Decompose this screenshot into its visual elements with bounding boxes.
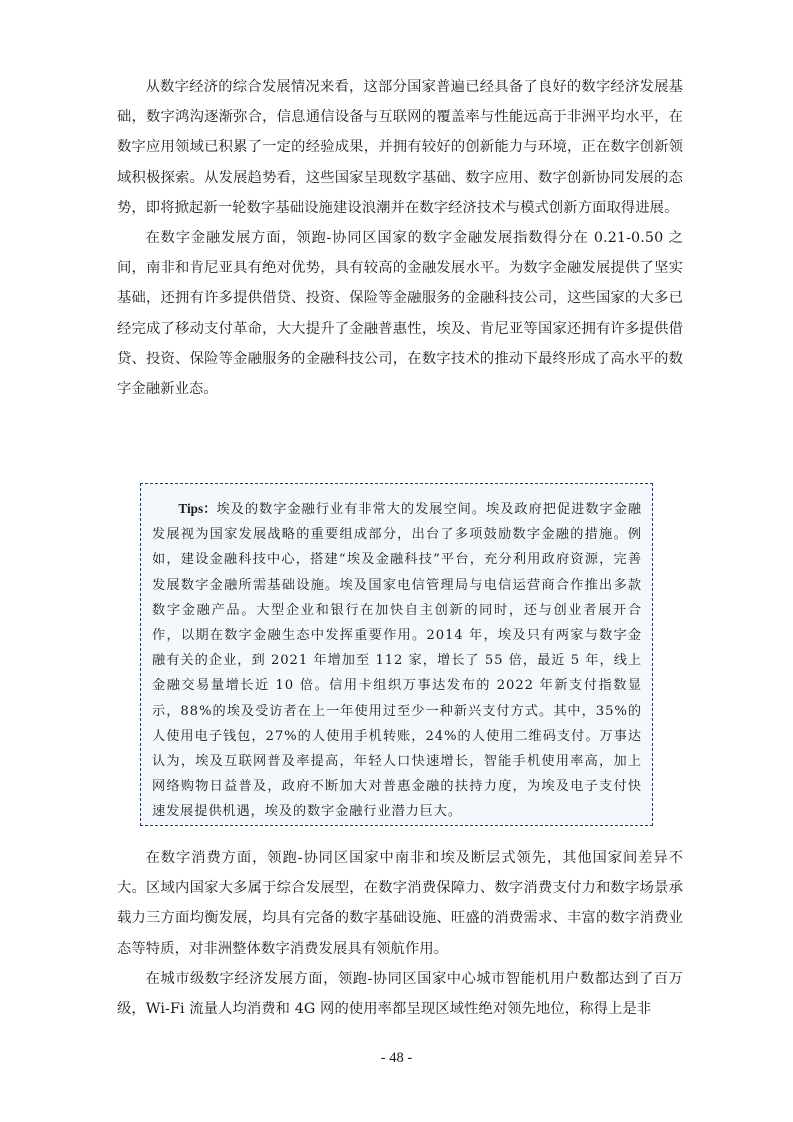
paragraph-digital-consumption: 在数字消费方面，领跑-协同区国家中南非和埃及断层式领先，其他国家间差异不大。区域… <box>117 843 683 964</box>
page-number: - 48 - <box>0 1050 793 1067</box>
paragraph-digital-finance: 在数字金融发展方面，领跑-协同区国家的数字金融发展指数得分在 0.21-0.50… <box>117 223 683 404</box>
tips-body: 埃及的数字金融行业有非常大的发展空间。埃及政府把促进数字金融发展视为国家发展战略… <box>152 502 642 819</box>
tips-callout-box: Tips：埃及的数字金融行业有非常大的发展空间。埃及政府把促进数字金融发展视为国… <box>140 483 653 826</box>
body-text-bottom: 在数字消费方面，领跑-协同区国家中南非和埃及断层式领先，其他国家间差异不大。区域… <box>117 843 683 1024</box>
paragraph-city-digital-economy: 在城市级数字经济发展方面，领跑-协同区国家中心城市智能机用户数都达到了百万级，W… <box>117 964 683 1024</box>
tips-label: Tips： <box>178 501 216 516</box>
tips-text: Tips：埃及的数字金融行业有非常大的发展空间。埃及政府把促进数字金融发展视为国… <box>152 496 642 825</box>
body-text-top: 从数字经济的综合发展情况来看，这部分国家普遍已经具备了良好的数字经济发展基础，数… <box>117 68 683 404</box>
paragraph-digital-economy-overview: 从数字经济的综合发展情况来看，这部分国家普遍已经具备了良好的数字经济发展基础，数… <box>117 72 683 223</box>
